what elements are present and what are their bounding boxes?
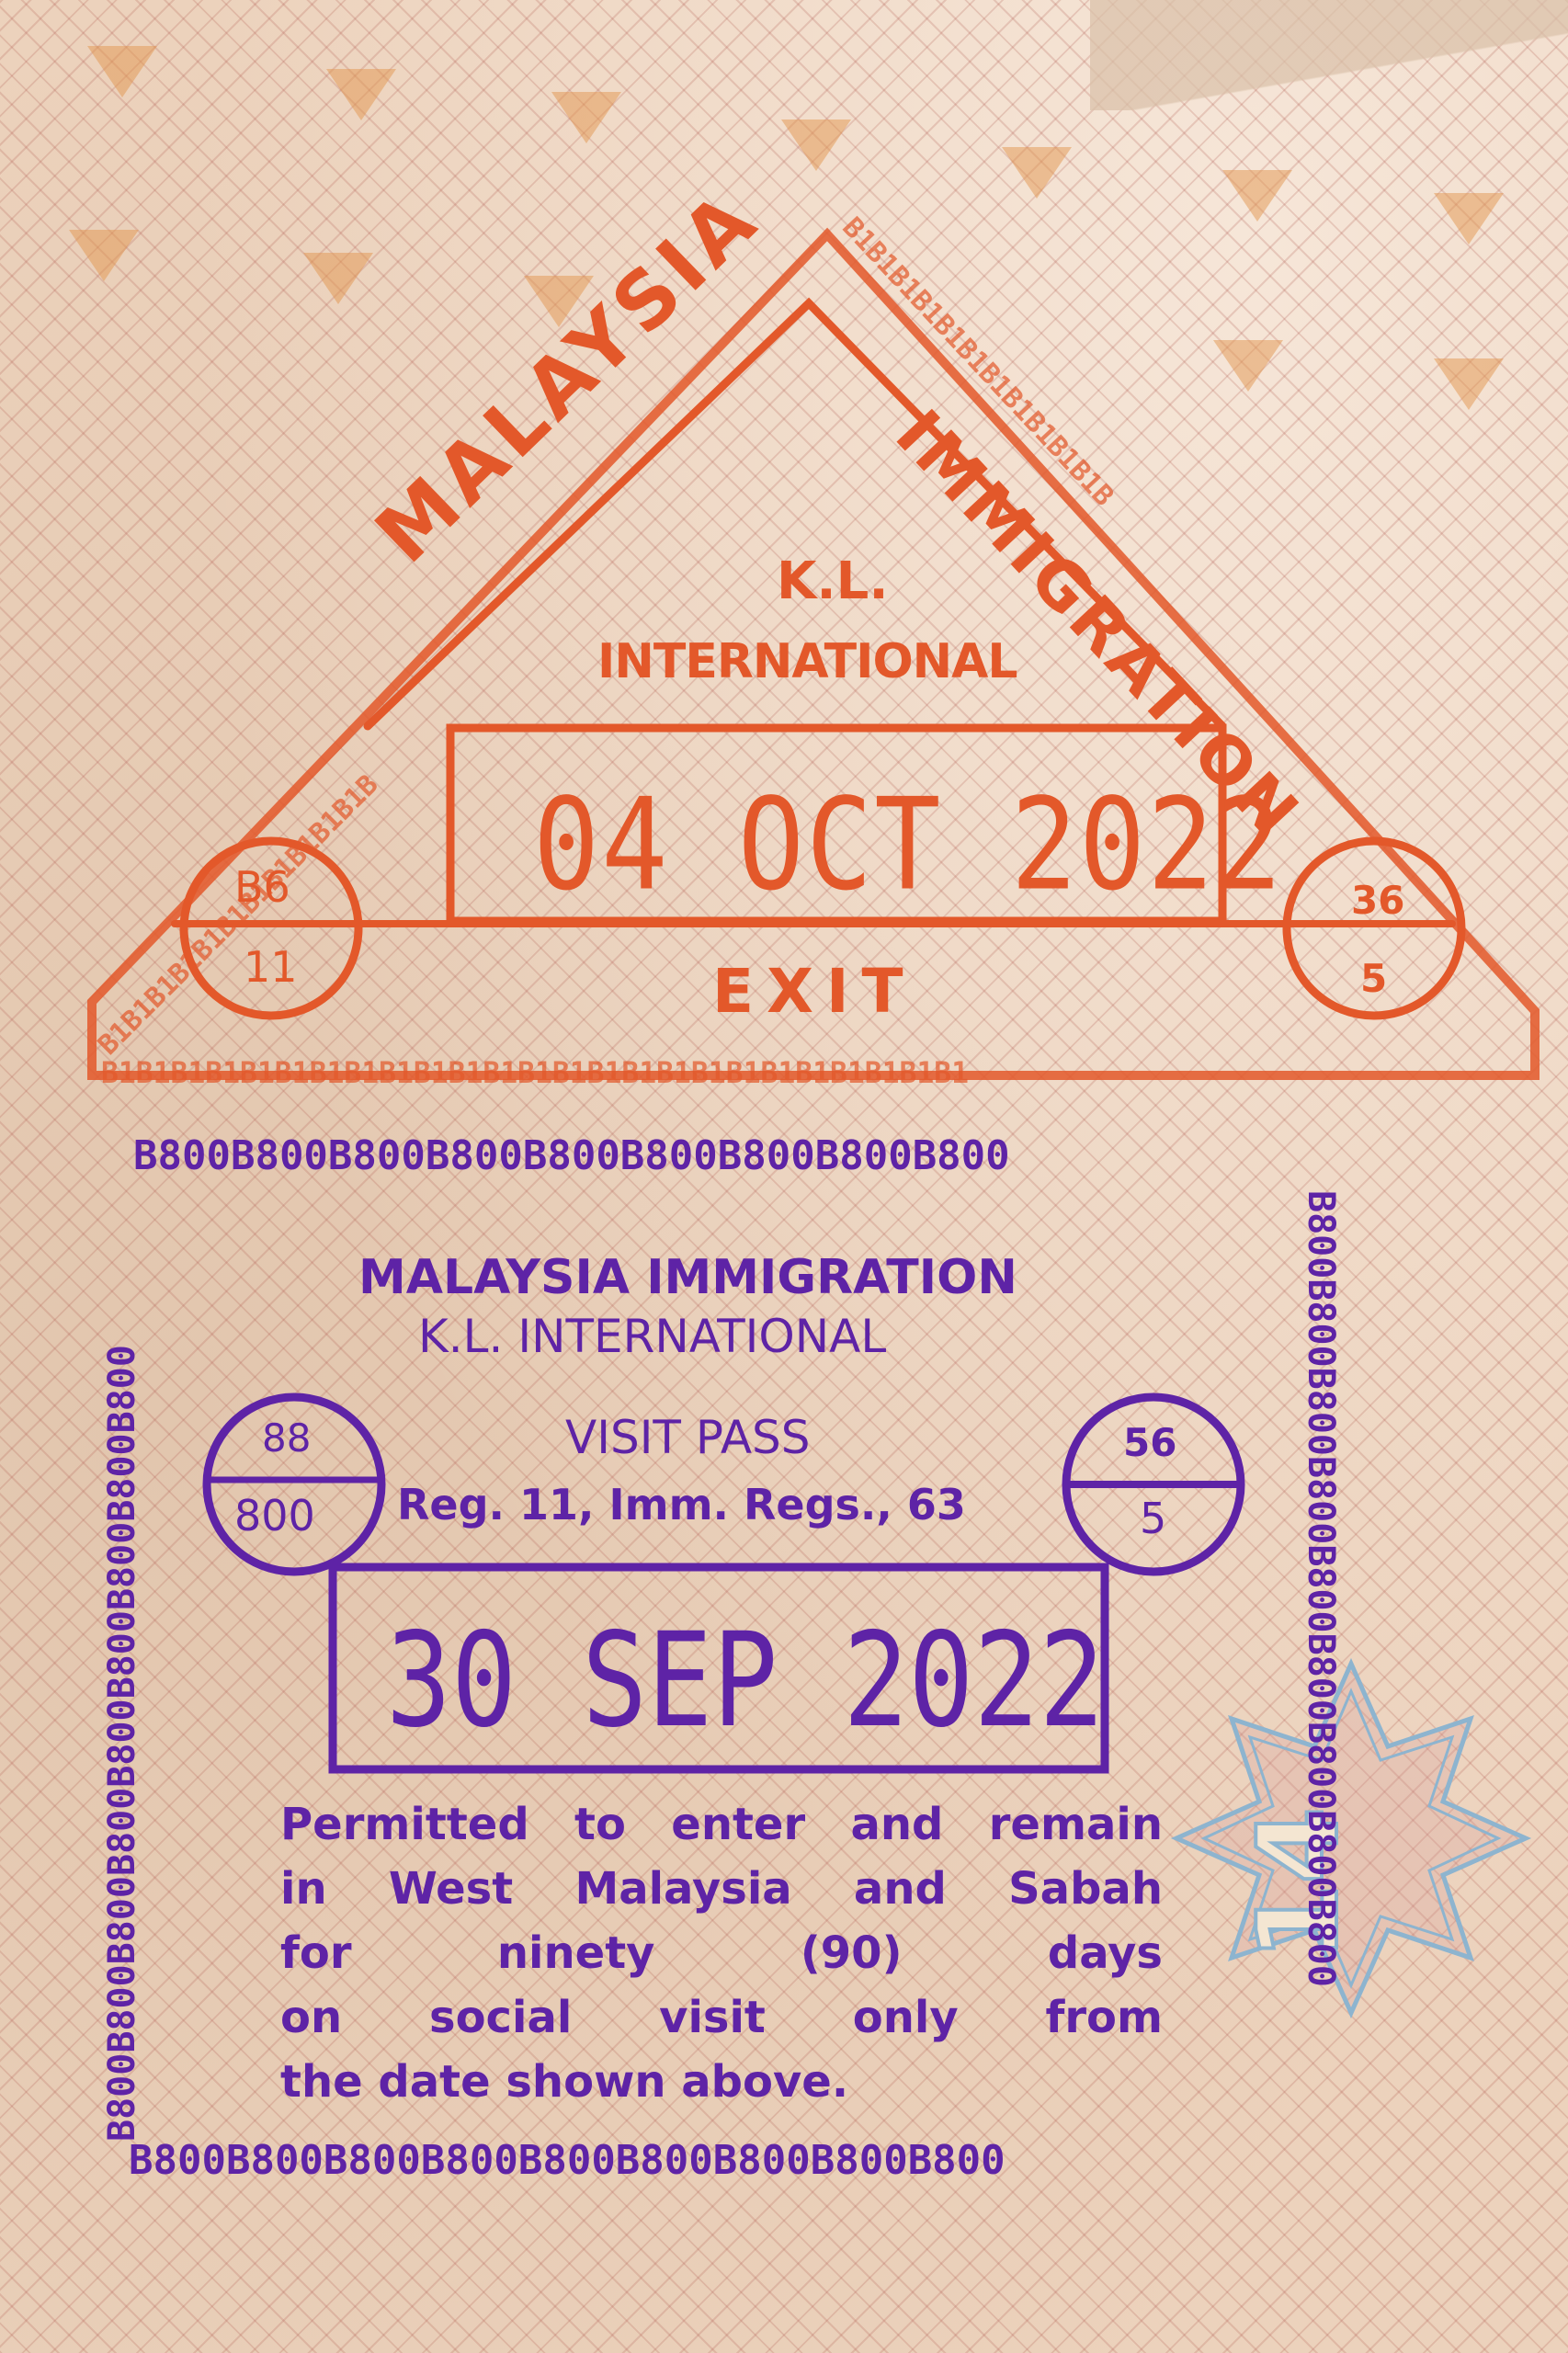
visit-pass-condition-line: the date shown above.	[280, 2050, 1163, 2114]
visit-pass-type: VISIT PASS	[565, 1411, 811, 1464]
visit-pass-conditions: Permitted to enter and remain in West Ma…	[280, 1792, 1163, 2114]
visit-pass-regulation: Reg. 11, Imm. Regs., 63	[397, 1480, 966, 1529]
visit-pass-microprint-top: B800B800B800B800B800B800B800B800B800	[133, 1132, 1010, 1179]
visit-pass-title: MALAYSIA IMMIGRATION	[358, 1250, 1017, 1305]
visit-pass-right-circle-bottom: 5	[1140, 1494, 1166, 1543]
visit-pass-condition-line: for ninety (90) days	[280, 1921, 1163, 1985]
visit-pass-condition-line: on social visit only from	[280, 1985, 1163, 2050]
visit-pass-microprint-left: B800B800B800B800B800B800B800B800B800	[101, 1345, 143, 2142]
visit-pass-left-circle-bottom: 800	[234, 1491, 315, 1540]
visit-pass-location: K.L. INTERNATIONAL	[418, 1310, 886, 1363]
visit-pass-condition-line: Permitted to enter and remain	[280, 1792, 1163, 1857]
visit-pass-left-circle-top: 88	[262, 1415, 311, 1461]
visit-pass-microprint-bottom: B800B800B800B800B800B800B800B800B800	[129, 2137, 1006, 2184]
visit-pass-condition-line: in West Malaysia and Sabah	[280, 1857, 1163, 1921]
visit-pass-microprint-right: B800B800B800B800B800B800B800B800B800	[1300, 1190, 1342, 1987]
visit-pass-date: 30 SEP 2022	[386, 1604, 1104, 1756]
visit-pass-right-circle-top: 56	[1123, 1420, 1176, 1465]
